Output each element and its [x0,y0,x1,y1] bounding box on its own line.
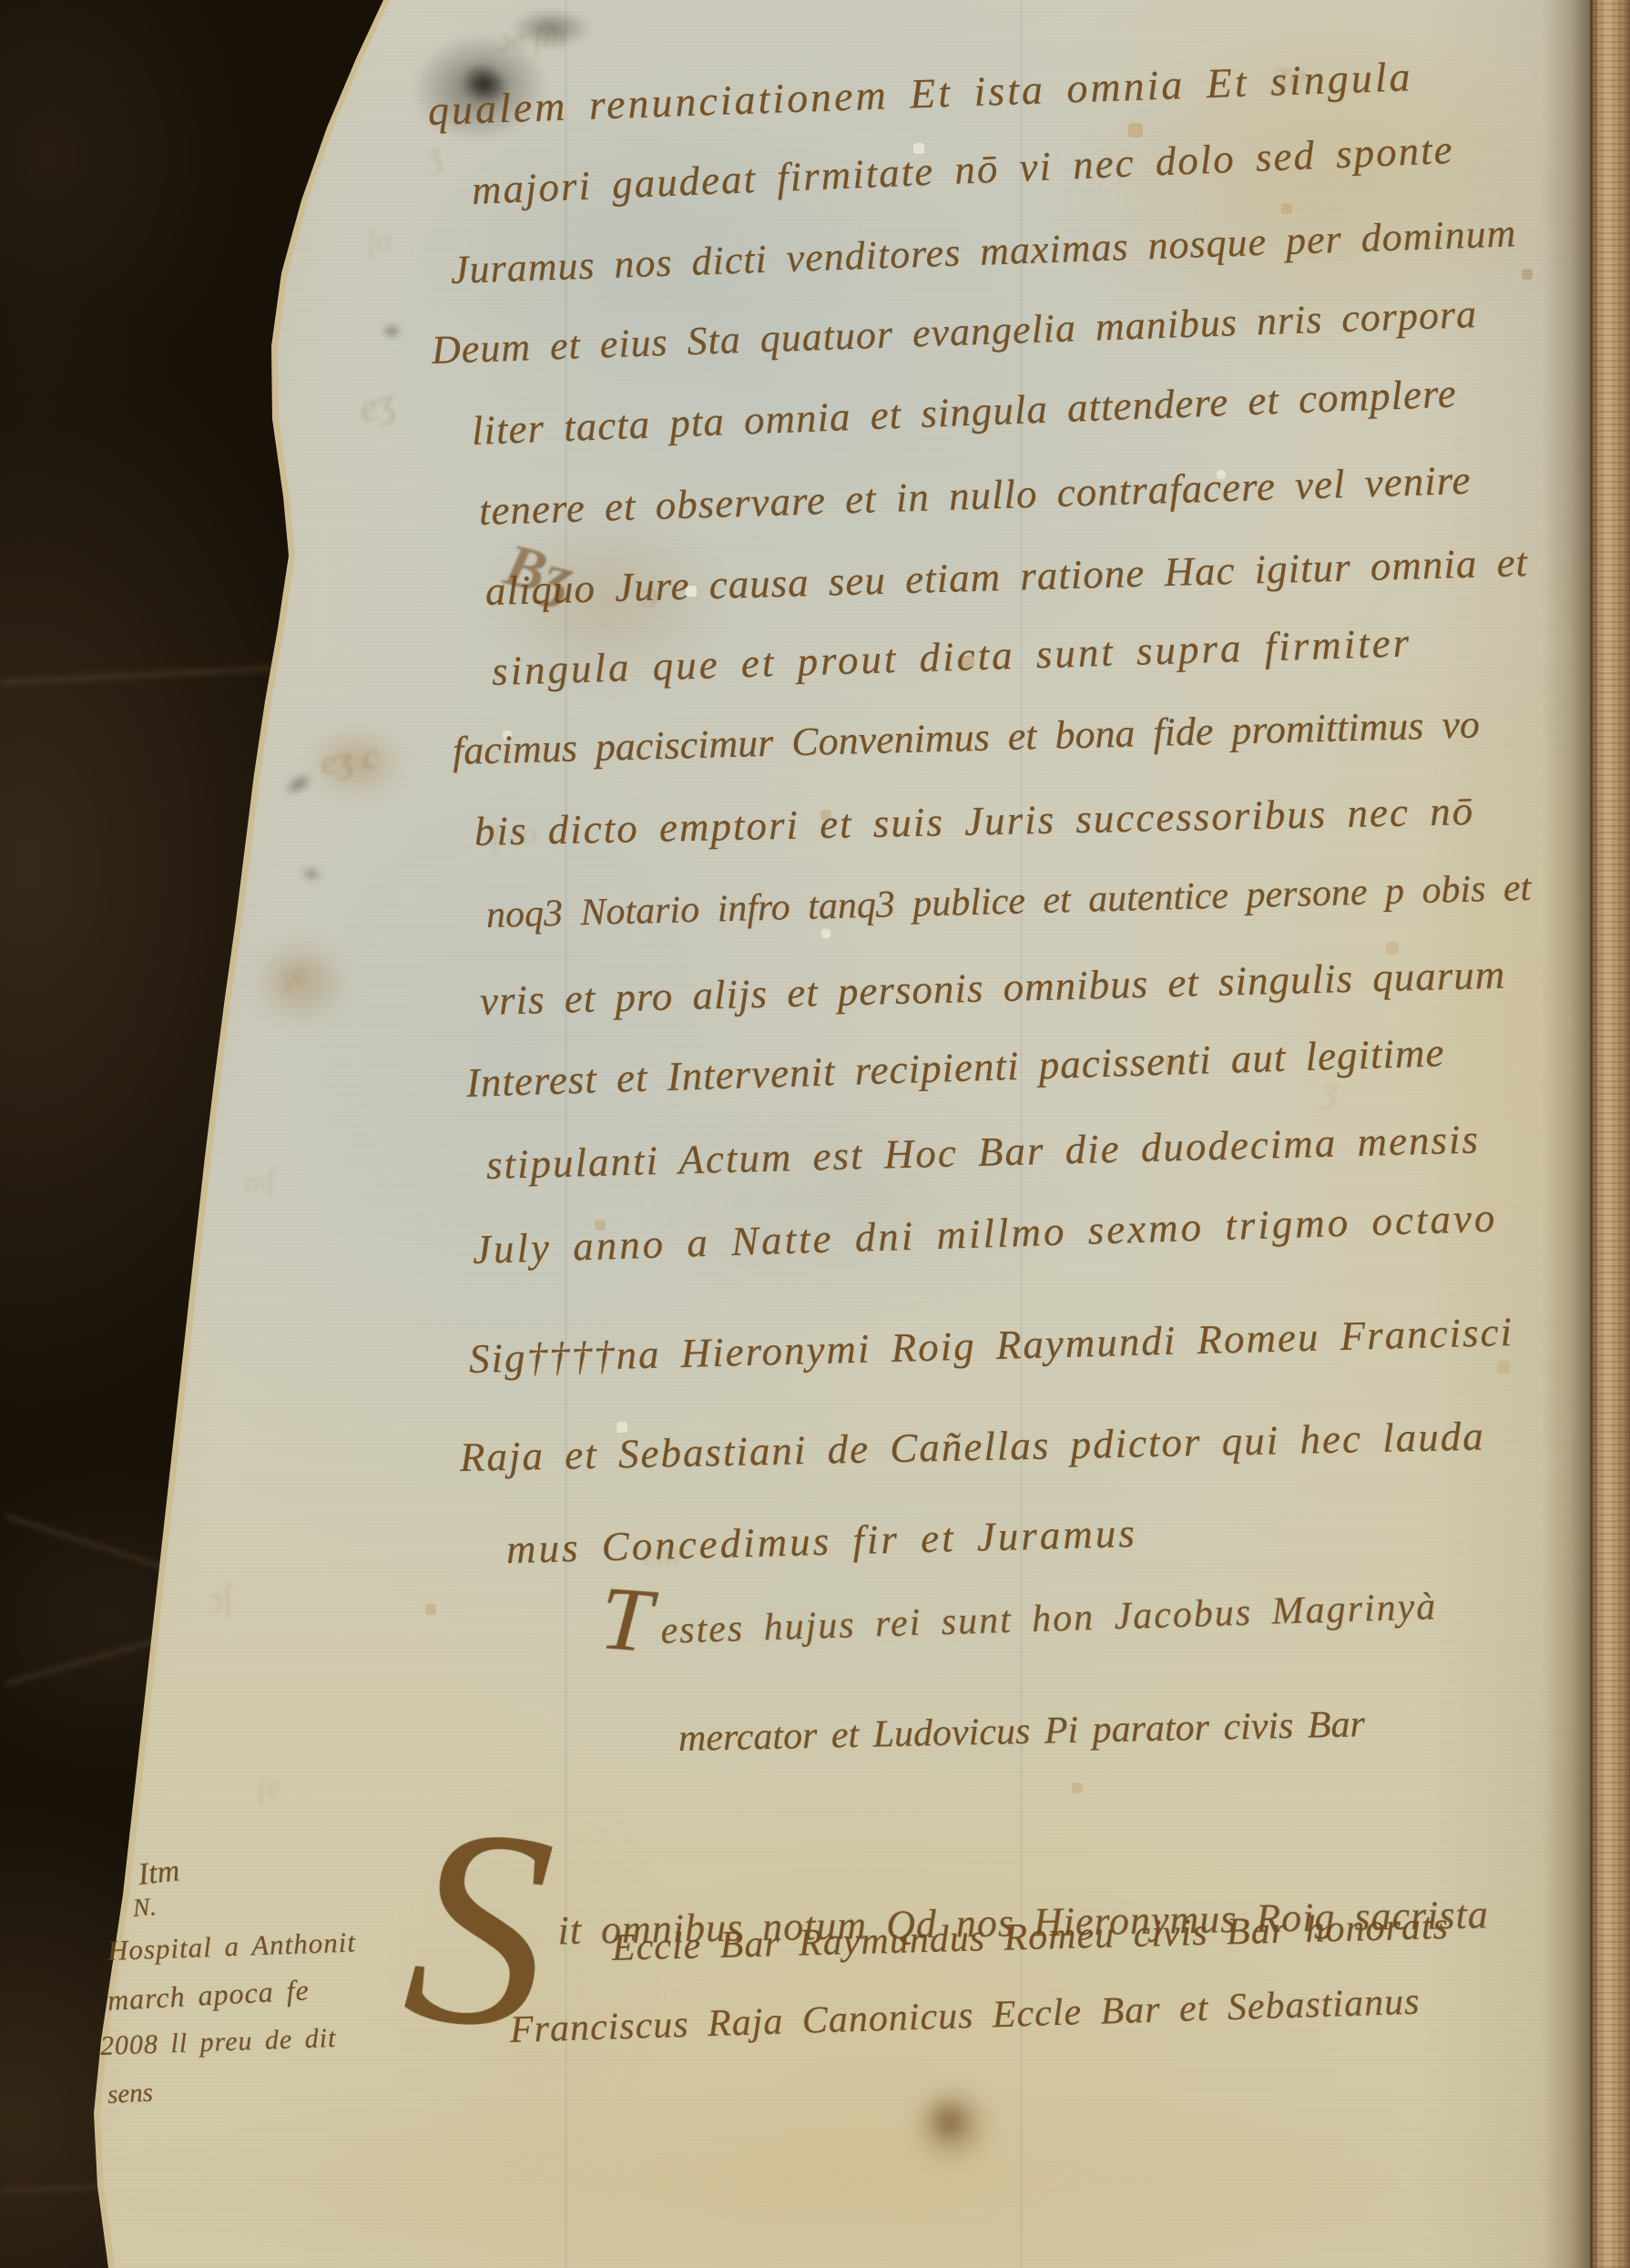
manuscript-line: Franciscus Raja Canonicus Eccle Bar et S… [509,1983,1421,2049]
manuscript-line: mercator et Ludovicus Pi parator civis B… [678,1705,1366,1758]
margin-note: march apoca fe [107,1975,310,2015]
bleedthrough-mark: ʒ [423,136,445,174]
manuscript-line: qualem renunciationem Et ista omnia Et s… [427,56,1413,132]
bleedthrough-mark: ɔſ [204,1580,236,1619]
bleedthrough-mark: mſ [242,1164,277,1199]
calligraphic-initial: T [601,1618,653,1621]
margin-note: Hospital a Anthonit [107,1927,356,1965]
bleedthrough-mark: eʒ [355,382,400,429]
page-fore-edge [1590,0,1630,2268]
manuscript-line: singula que et prout dicta sunt supra fi… [491,622,1412,692]
bleedthrough-mark: ʒ [1320,1071,1340,1109]
bleedthrough-mark: eʒ c [318,737,380,781]
manuscript-line: Juramus nos dicti venditores maximas nos… [450,213,1517,291]
margin-note: Itm [137,1855,181,1891]
bleedthrough-mark: ɔ [642,577,658,613]
manuscript-line: mus Concedimus fir et Juramus [505,1513,1137,1570]
text-layer: qualem renunciationem Et ista omnia Et s… [0,0,1630,2268]
manuscript-line: stipulanti Actum est Hoc Bar die duodeci… [485,1119,1480,1186]
bleedthrough-mark: ʒe [1270,55,1309,97]
manuscript-line: tenere et observare et in nullo contrafa… [478,460,1472,532]
bleedthrough-mark: ſo [363,222,393,259]
manuscript-line: Testes hujus rei sunt hon Jacobus Magrin… [600,1588,1438,1652]
calligraphic-initial: S [409,1923,550,1936]
gutter-crease-shadow [1541,0,1590,2268]
bleedthrough-mark: ſe [254,1769,283,1805]
bleedthrough-mark: em [641,1537,681,1572]
manuscript-line: Deum et eius Sta quatuor evangelia manib… [431,294,1478,371]
manuscript-line: liter tacta pta omnia et singula attende… [471,373,1457,452]
manuscript-line: majori gaudeat firmitate nō vi nec dolo … [471,129,1454,211]
manuscript-line: bis dicto emptori et suis Juris successo… [474,791,1475,853]
manuscript-line: Interest et Intervenit recipienti paciss… [465,1032,1445,1104]
manuscript-line: Raja et Sebastiani de Cañellas pdictor q… [460,1415,1486,1478]
bleedthrough-mark: ɔe ſm [495,19,567,56]
line-text: estes hujus rei sunt hon Jacobus Magriny… [660,1586,1438,1652]
manuscript-line: Sig††††na Hieronymi Roig Raymundi Romeu … [468,1312,1513,1380]
margin-note: 2008 ll preu de dit [99,2025,336,2060]
margin-note: N. [132,1895,158,1922]
bleedthrough-mark: Bʒ [499,535,580,609]
margin-note: sens [107,2079,153,2109]
manuscript-line: vris et pro alijs et personis omnibus et… [479,955,1505,1022]
bleedthrough-mark: ſ co [491,819,539,853]
manuscript-line: noq3 Notario infro tanq3 publice et aute… [485,869,1531,935]
bleedthrough-mark: ʒe [275,957,308,993]
manuscript-line: facimus paciscimur Convenimus et bona fi… [452,704,1480,771]
scanned-book-spread: qualem renunciationem Et ista omnia Et s… [0,0,1630,2268]
manuscript-line: July anno a Natte dni millmo sexmo trigm… [472,1198,1498,1271]
